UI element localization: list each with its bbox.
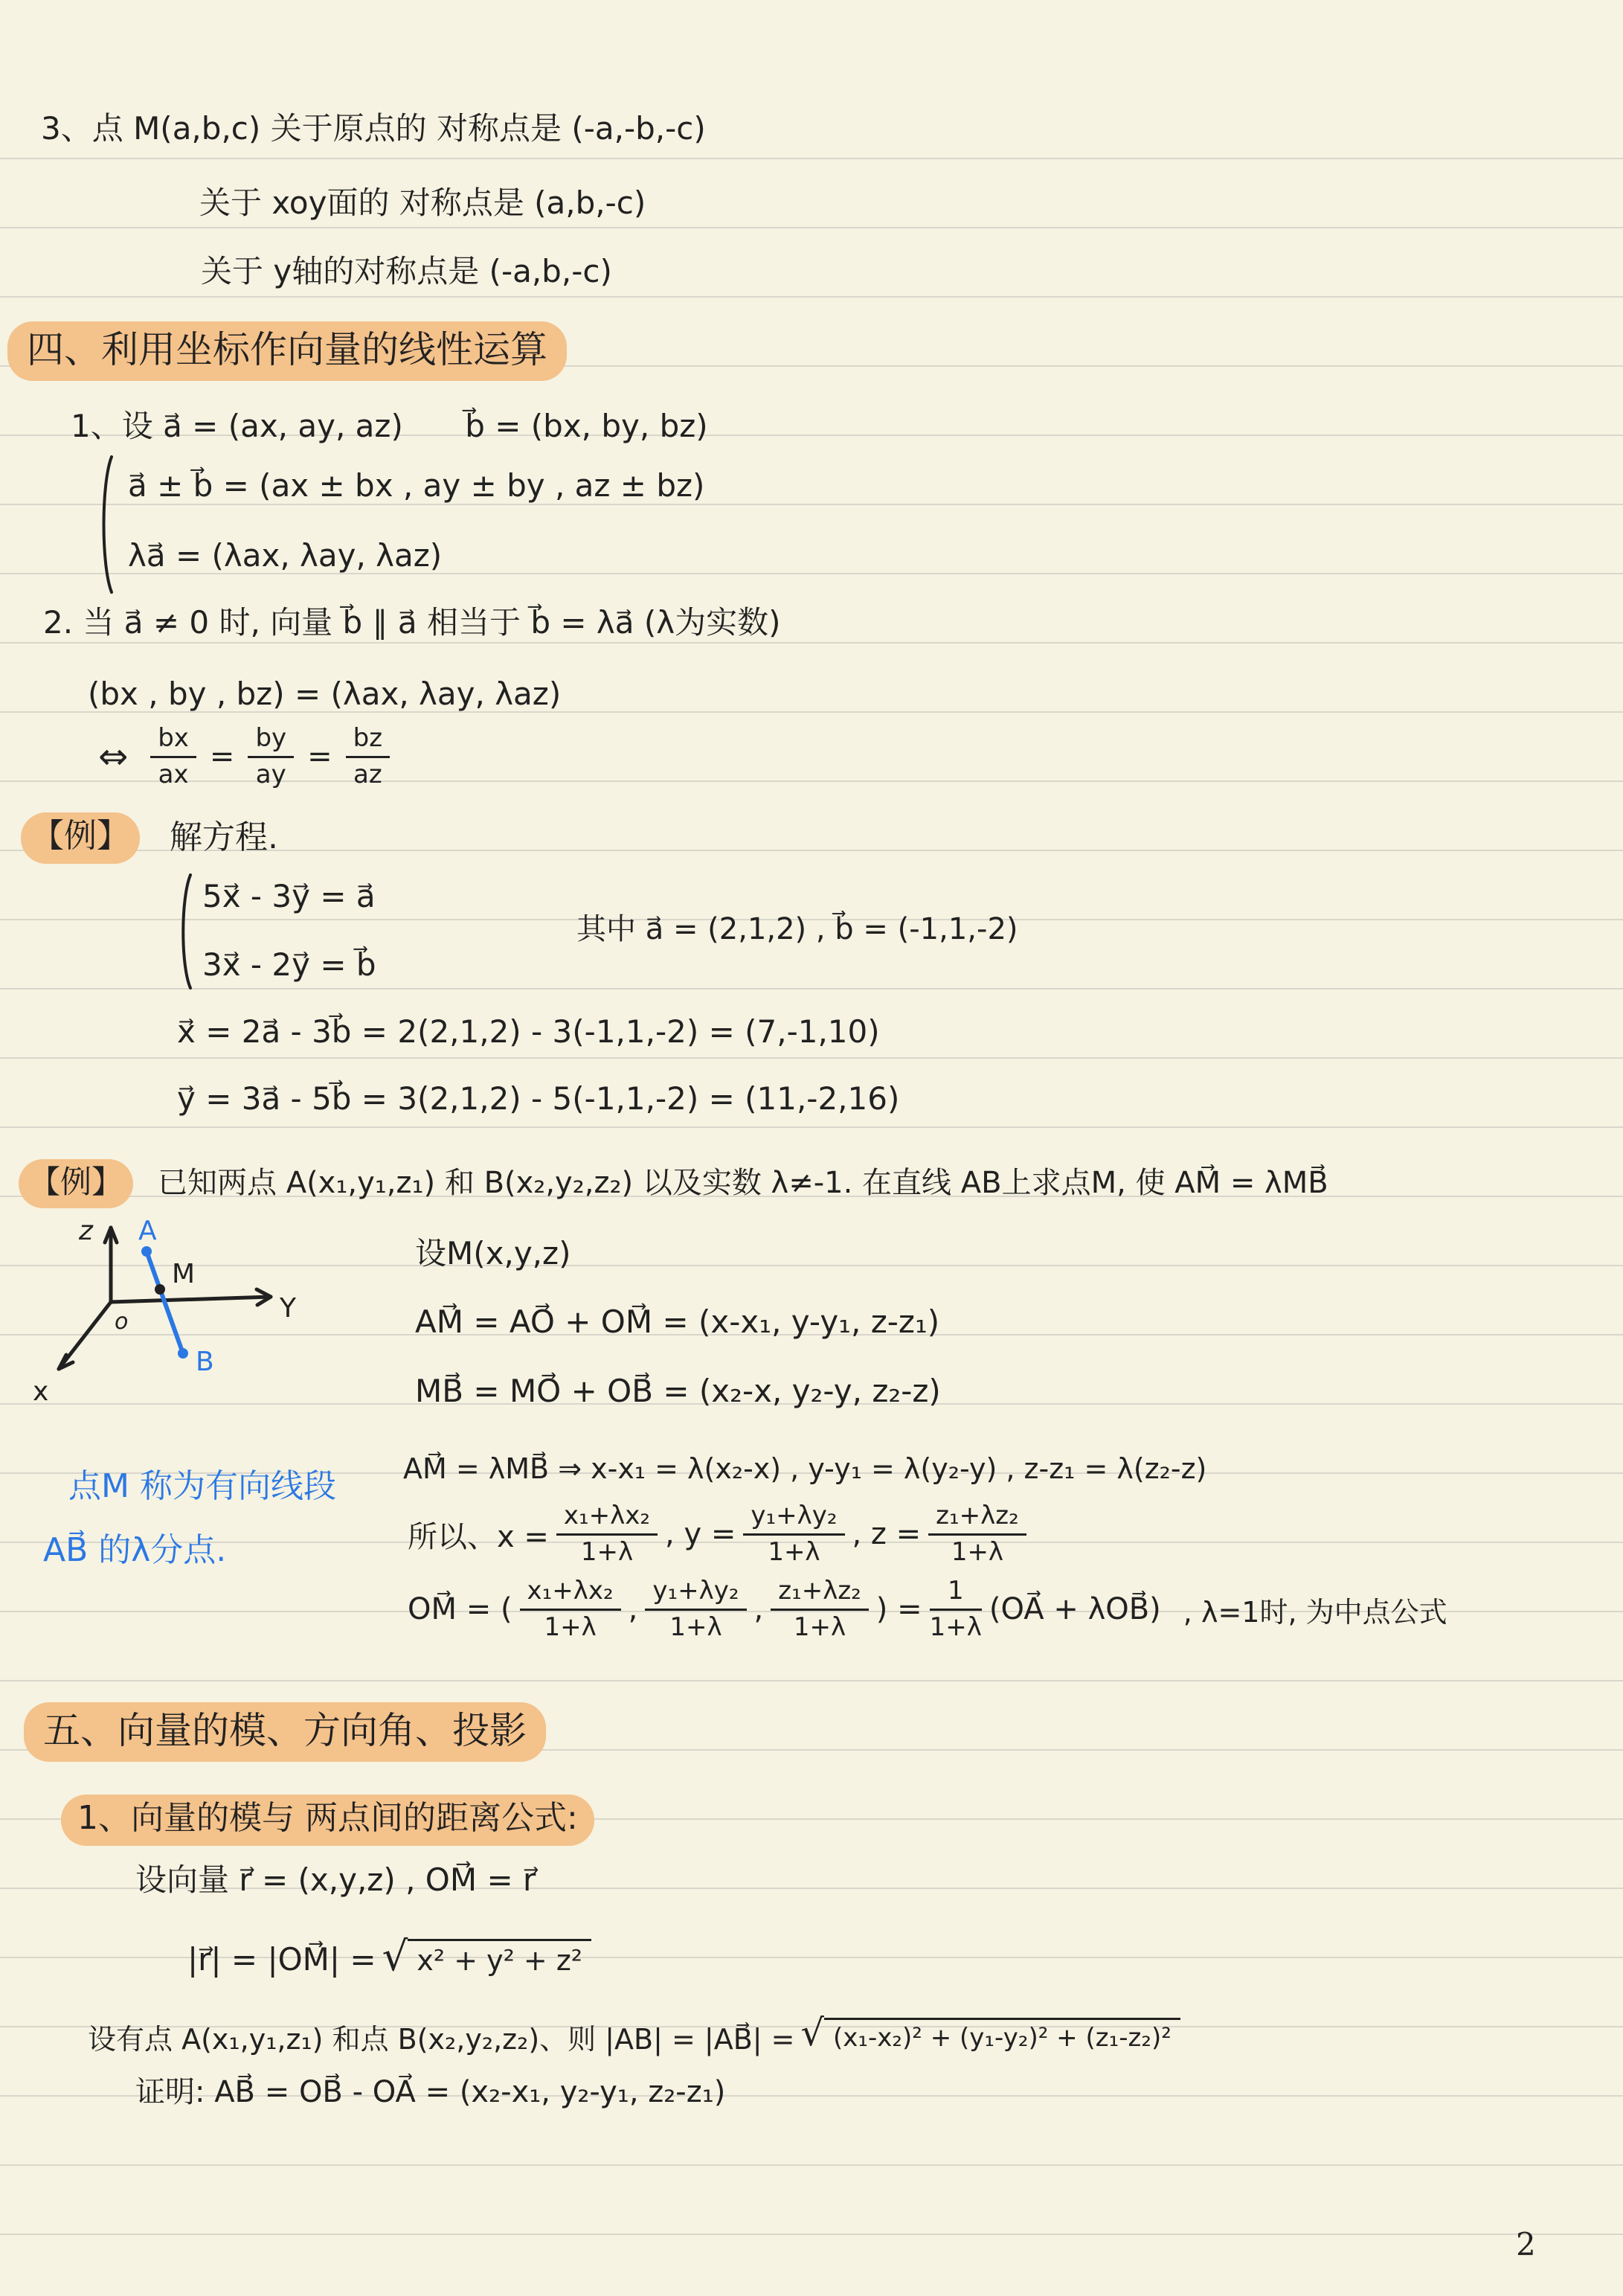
symmetry-xoy-line: 关于 xoy面的 对称点是 (a,b,-c): [199, 185, 646, 222]
vector-r-setup-line: 设向量 r⃗ = (x,y,z) , OM⃗ = r⃗: [135, 1862, 536, 1899]
example2-tag-highlight: 【例】: [19, 1159, 133, 1208]
example2-tag: 【例】: [19, 1159, 133, 1208]
section5-sub1-heading: 1、向量的模与 两点间的距离公式:: [61, 1795, 594, 1846]
symmetry-yaxis-line: 关于 y轴的对称点是 (-a,b,-c): [201, 253, 612, 290]
om-vector-formula-row: OM⃗ = ( x₁+λx₂ 1+λ , y₁+λy₂ 1+λ , z₁+λz₂…: [408, 1568, 1447, 1650]
om-lhs: OM⃗ = (: [408, 1592, 512, 1626]
notebook-page: 3、点 M(a,b,c) 关于原点的 对称点是 (-a,-b,-c) 关于 xo…: [0, 0, 1623, 2296]
equals-sign: =: [307, 740, 332, 774]
z-fraction: z₁+λz₂ 1+λ: [928, 1501, 1026, 1566]
section4-heading: 四、利用坐标作向量的线性运算: [7, 321, 567, 381]
component-equality-line: (bx , by , bz) = (λax, λay, λaz): [88, 676, 561, 713]
ratio-equality-row: ⇔ bx ax = by ay = bz az: [98, 716, 397, 798]
om-close-equals: ) =: [876, 1592, 922, 1626]
point-M-label: M: [172, 1259, 195, 1289]
square-root-expression: √ (x₁-x₂)² + (y₁-y₂)² + (z₁-z₂)²: [801, 2018, 1180, 2054]
example1-solution-x: x⃗ = 2a⃗ - 3b⃗ = 2(2,1,2) - 3(-1,1,-2) =…: [177, 1013, 880, 1051]
page-number: 2: [1516, 2226, 1536, 2263]
om-x-fraction: x₁+λx₂ 1+λ: [520, 1577, 621, 1641]
example1-solution-y: y⃗ = 3a⃗ - 5b⃗ = 3(2,1,2) - 5(-1,1,-2) =…: [177, 1080, 899, 1117]
sqrt-icon: √: [382, 1936, 408, 1977]
vector-b-definition: b⃗ = (bx, by, bz): [465, 408, 707, 444]
y-axis: [111, 1297, 271, 1302]
square-root-expression: √ x² + y² + z²: [382, 1939, 591, 1980]
component-equations-line: AM⃗ = λMB⃗ ⇒ x-x₁ = λ(x₂-x) , y-y₁ = λ(y…: [403, 1452, 1206, 1487]
vector-AM-expansion: AM⃗ = AO⃗ + OM⃗ = (x-x₁, y-y₁, z-z₁): [415, 1303, 939, 1341]
point-A-label: A: [138, 1216, 157, 1246]
section5-heading-highlight: 五、向量的模、方向角、投影: [24, 1702, 546, 1762]
symmetry-origin-line: 3、点 M(a,b,c) 关于原点的 对称点是 (-a,-b,-c): [41, 110, 706, 147]
so-mid1: , y =: [665, 1517, 736, 1551]
proof-line: 证明: AB⃗ = OB⃗ - OA⃗ = (x₂-x₁, y₂-y₁, z₂-…: [135, 2074, 725, 2110]
distance-formula-row: 设有点 A(x₁,y₁,z₁) 和点 B(x₂,y₂,z₂)、则 |AB| = …: [88, 2003, 1180, 2070]
ratio-by-ay: by ay: [248, 724, 294, 789]
coordinate-axes-diagram: z Y x o A B M: [13, 1211, 311, 1457]
scalar-multiple-formula: λa⃗ = (λax, λay, λaz): [128, 537, 442, 574]
point-M-dot: [155, 1284, 165, 1295]
radicand: (x₁-x₂)² + (y₁-y₂)² + (z₁-z₂)²: [824, 2018, 1180, 2053]
ratio-bx-ax: bx ax: [150, 724, 196, 789]
y-axis-label: Y: [279, 1293, 297, 1324]
vector-sum-formula: a⃗ ± b⃗ = (ax ± bx , ay ± by , az ± bz): [128, 467, 704, 504]
origin-label: o: [115, 1309, 128, 1335]
ratio-bz-az: bz az: [346, 724, 390, 789]
om-tail: (OA⃗ + λOB⃗): [989, 1592, 1161, 1626]
system-brace-icon: [177, 872, 195, 991]
x-fraction: x₁+λx₂ 1+λ: [556, 1501, 658, 1566]
radicand: x² + y² + z²: [408, 1939, 591, 1977]
division-point-coordinates-row: 所以、x = x₁+λx₂ 1+λ , y = y₁+λy₂ 1+λ , z =…: [408, 1497, 1034, 1571]
parallel-condition-line: 2. 当 a⃗ ≠ 0 时, 向量 b⃗ ∥ a⃗ 相当于 b⃗ = λa⃗ (…: [43, 604, 780, 641]
iff-icon: ⇔: [98, 736, 128, 777]
blue-annotation-line1: 点M 称为有向线段: [68, 1467, 336, 1507]
point-B-dot: [178, 1348, 188, 1359]
blue-annotation-line2: AB⃗ 的λ分点.: [43, 1531, 226, 1571]
system-brace-icon: [97, 454, 116, 595]
vector-MB-expansion: MB⃗ = MO⃗ + OB⃗ = (x₂-x, y₂-y, z₂-z): [415, 1373, 941, 1410]
om-comma1: ,: [629, 1592, 638, 1626]
example1-equation1: 5x⃗ - 3y⃗ = a⃗: [202, 878, 376, 915]
x-axis: [59, 1302, 111, 1369]
z-axis-label: z: [78, 1216, 94, 1246]
example1-tag-highlight: 【例】: [21, 812, 140, 864]
equals-sign: =: [210, 740, 235, 774]
example1-given-values: 其中 a⃗ = (2,1,2) , b⃗ = (-1,1,-2): [576, 911, 1018, 947]
distance-lhs: 设有点 A(x₁,y₁,z₁) 和点 B(x₂,y₂,z₂)、则 |AB| = …: [88, 2016, 795, 2057]
point-B-label: B: [196, 1347, 214, 1377]
example2-statement: 已知两点 A(x₁,y₁,z₁) 和 B(x₂,y₂,z₂) 以及实数 λ≠-1…: [158, 1165, 1328, 1201]
sqrt-icon: √: [801, 2015, 824, 2051]
x-axis-label: x: [33, 1376, 48, 1407]
om-z-fraction: z₁+λz₂ 1+λ: [771, 1577, 869, 1641]
point-A-dot: [141, 1246, 152, 1257]
so-prefix: 所以、x =: [408, 1513, 549, 1556]
om-y-fraction: y₁+λy₂ 1+λ: [645, 1577, 746, 1641]
om-scalar-fraction: 1 1+λ: [930, 1577, 982, 1641]
vector-modulus-formula-row: |r⃗| = |OM⃗| = √ x² + y² + z²: [187, 1925, 591, 1992]
modulus-lhs: |r⃗| = |OM⃗| =: [187, 1941, 376, 1978]
y-fraction: y₁+λy₂ 1+λ: [743, 1501, 844, 1566]
section5-heading: 五、向量的模、方向角、投影: [24, 1702, 546, 1762]
section4-heading-highlight: 四、利用坐标作向量的线性运算: [7, 321, 567, 381]
example2-setup-line: 设M(x,y,z): [415, 1235, 571, 1272]
example1-equation2: 3x⃗ - 2y⃗ = b⃗: [202, 946, 376, 984]
midpoint-formula-note: , λ=1时, 为中点公式: [1183, 1589, 1447, 1630]
vector-definition-line: 1、设 a⃗ = (ax, ay, az) b⃗ = (bx, by, bz): [71, 408, 708, 445]
so-mid2: , z =: [852, 1517, 922, 1551]
example1-title: 解方程.: [170, 818, 278, 858]
section5-sub1-highlight: 1、向量的模与 两点间的距离公式:: [61, 1795, 594, 1846]
om-comma2: ,: [754, 1592, 764, 1626]
example1-tag: 【例】: [21, 812, 140, 864]
vector-a-definition: 1、设 a⃗ = (ax, ay, az): [71, 408, 403, 444]
